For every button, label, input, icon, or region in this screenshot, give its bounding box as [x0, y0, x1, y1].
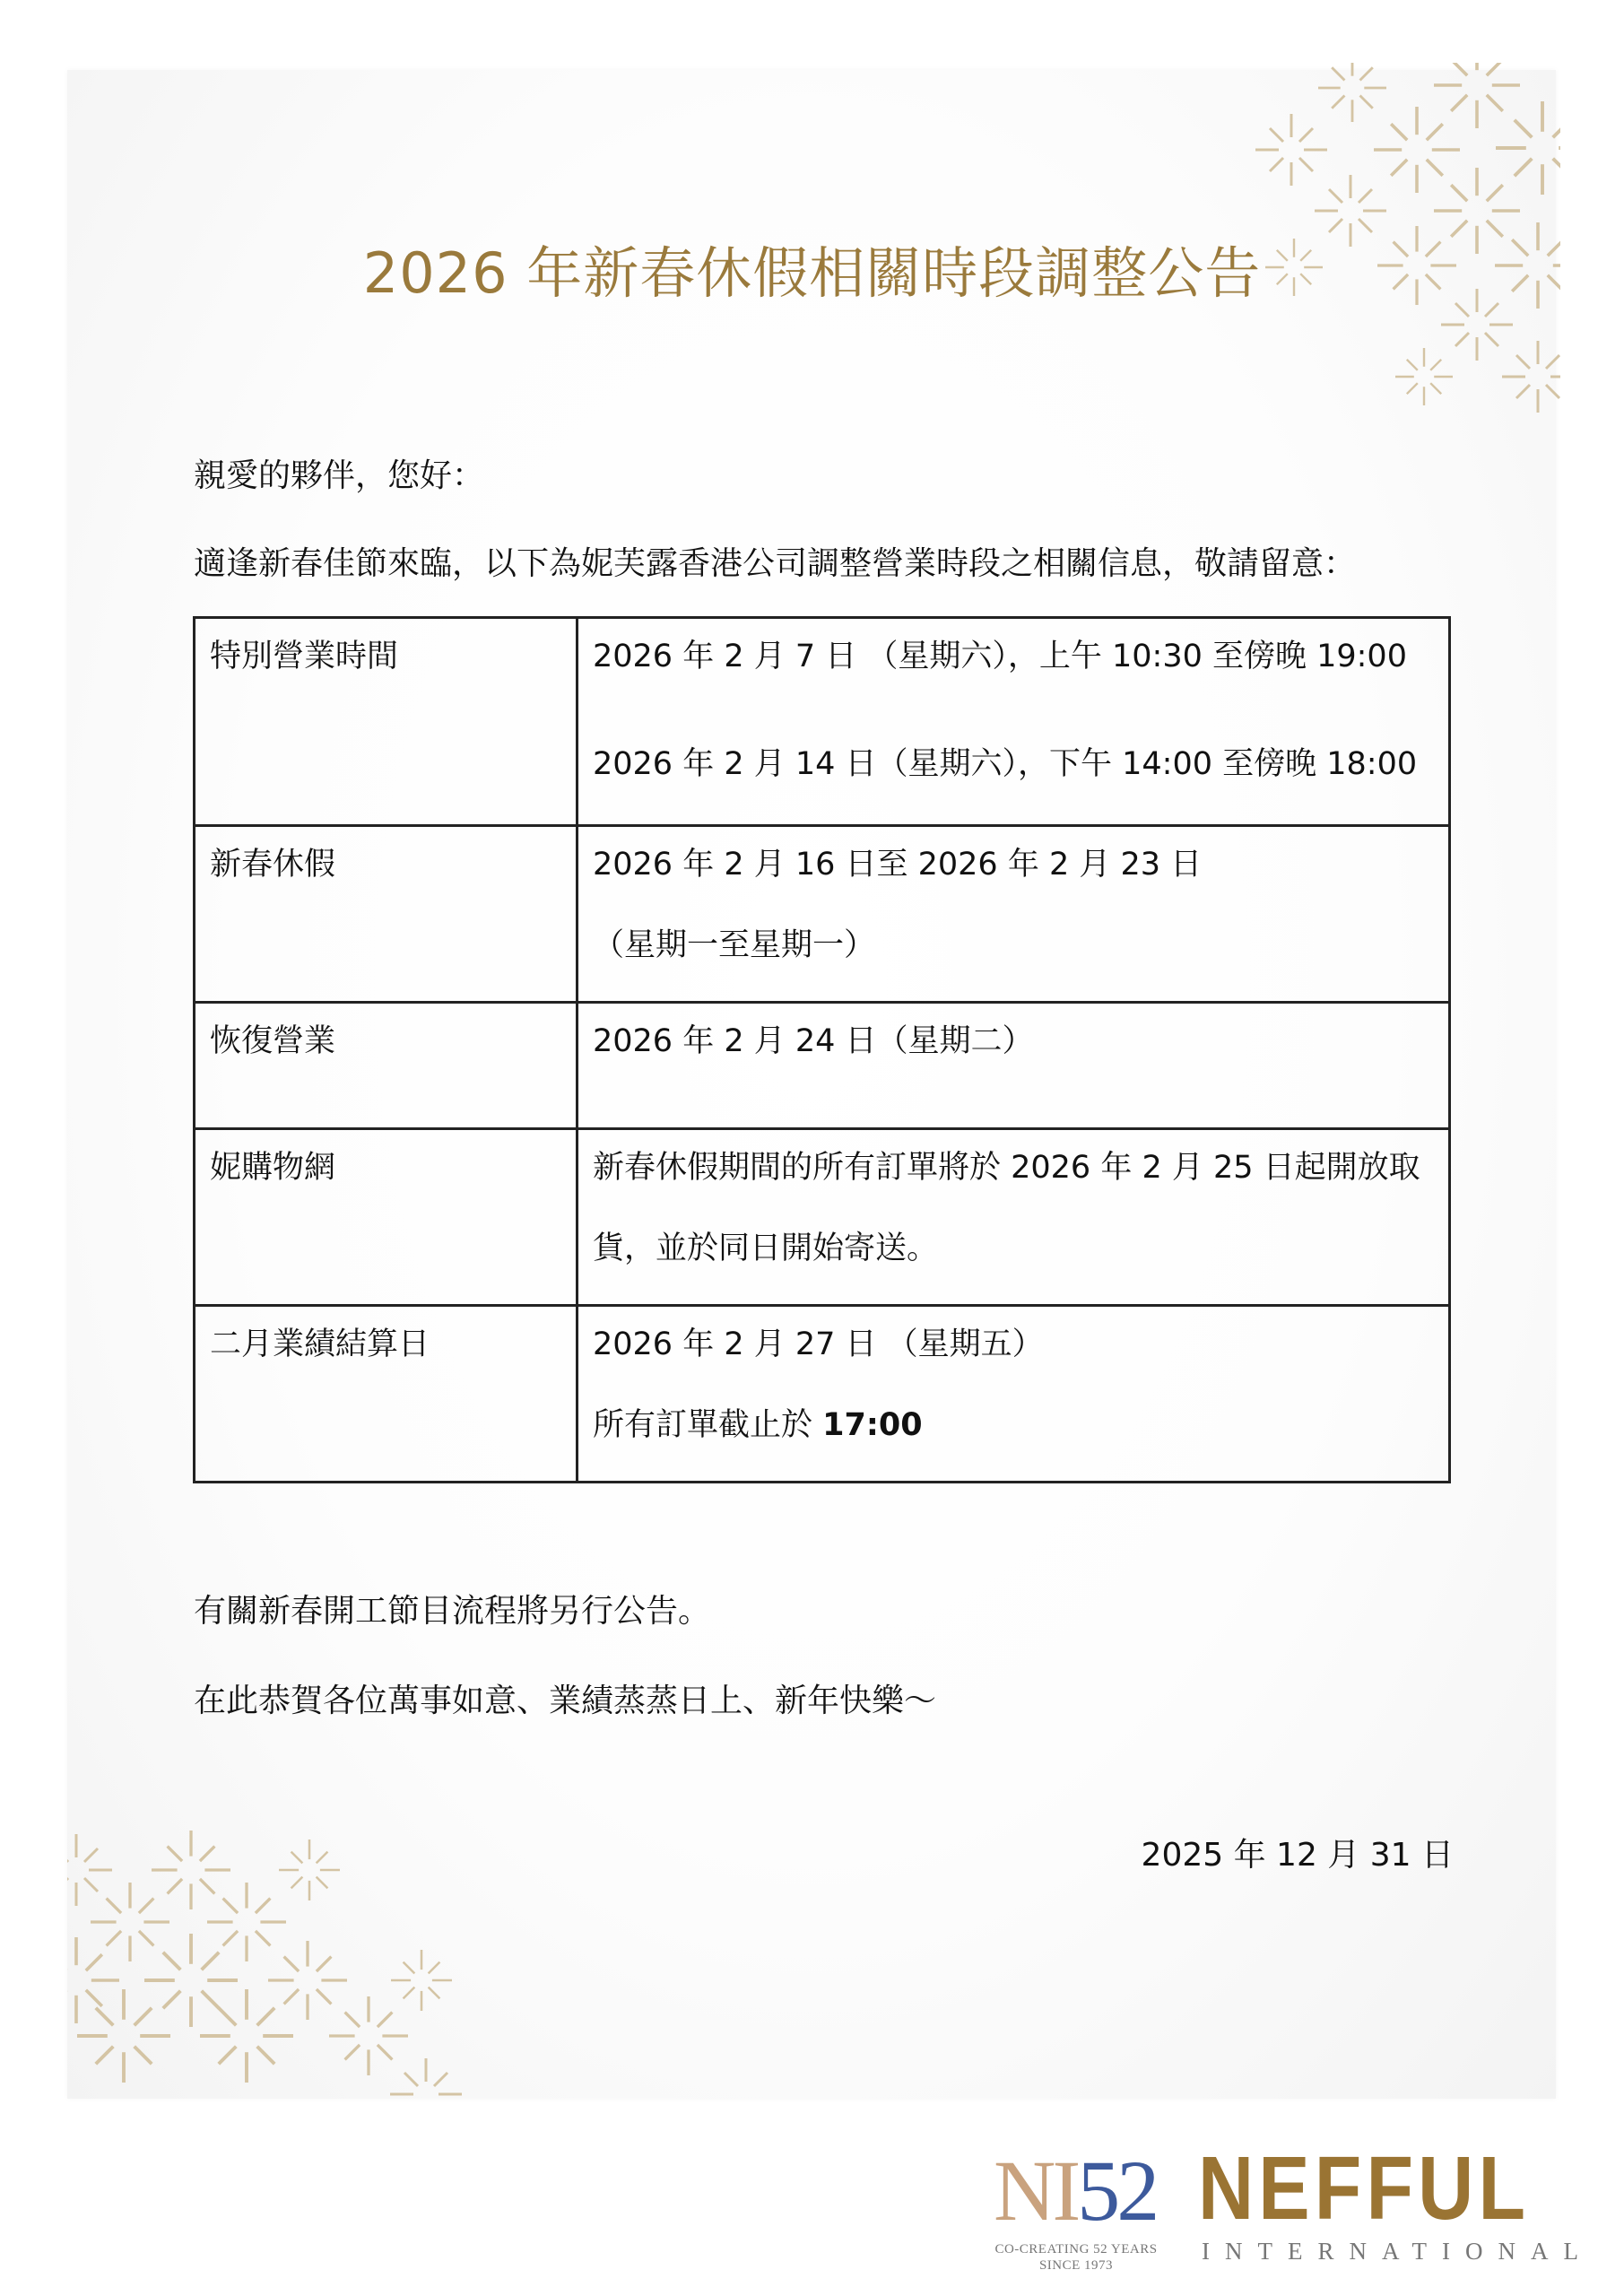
ni52-logo-number: 52: [1077, 2143, 1156, 2239]
value-line: 貨，並於同日開始寄送。: [593, 1223, 1434, 1268]
ni52-logo: NI52: [994, 2148, 1156, 2234]
value-line: 2026 年 2 月 24 日（星期二）: [593, 1016, 1434, 1061]
cutoff-line: 所有訂單截止於 17:00: [593, 1400, 1434, 1445]
row-label: 妮購物網: [195, 1129, 578, 1306]
row-label: 特別營業時間: [195, 618, 578, 826]
closing-note: 有關新春開工節目流程將另行公告。: [194, 1586, 710, 1631]
table-row: 恢復營業 2026 年 2 月 24 日（星期二）: [195, 1003, 1450, 1129]
row-value: 2026 年 2 月 7 日 （星期六），上午 10:30 至傍晚 19:00 …: [578, 618, 1450, 826]
table-row: 妮購物網 新春休假期間的所有訂單將於 2026 年 2 月 25 日起開放取 貨…: [195, 1129, 1450, 1306]
greeting: 親愛的夥伴，您好：: [194, 450, 484, 496]
row-value: 2026 年 2 月 16 日至 2026 年 2 月 23 日 （星期一至星期…: [578, 826, 1450, 1003]
table-row: 新春休假 2026 年 2 月 16 日至 2026 年 2 月 23 日 （星…: [195, 826, 1450, 1003]
sparkle-ornament-bottom-left: [67, 1821, 480, 2099]
ni52-tagline-1: CO-CREATING 52 YEARS: [986, 2242, 1166, 2257]
value-line: 2026 年 2 月 27 日 （星期五）: [593, 1319, 1434, 1364]
table-row: 二月業績結算日 2026 年 2 月 27 日 （星期五） 所有訂單截止於 17…: [195, 1306, 1450, 1483]
nefful-logo-subtitle: INTERNATIONAL: [1202, 2238, 1594, 2266]
row-label: 恢復營業: [195, 1003, 578, 1129]
nefful-logo: NEFFUL: [1198, 2144, 1530, 2233]
cutoff-time: 17:00: [822, 1407, 922, 1443]
value-line: 2026 年 2 月 7 日 （星期六），上午 10:30 至傍晚 19:00: [593, 631, 1434, 676]
row-value: 新春休假期間的所有訂單將於 2026 年 2 月 25 日起開放取 貨，並於同日…: [578, 1129, 1450, 1306]
ni52-logo-letters: NI: [994, 2143, 1077, 2239]
page-title: 2026 年新春休假相關時段調整公告: [0, 229, 1624, 309]
closing-greeting: 在此恭賀各位萬事如意、業績蒸蒸日上、新年快樂～: [194, 1675, 936, 1721]
value-line: 新春休假期間的所有訂單將於 2026 年 2 月 25 日起開放取: [593, 1143, 1434, 1187]
row-label: 二月業績結算日: [195, 1306, 578, 1483]
row-value: 2026 年 2 月 27 日 （星期五） 所有訂單截止於 17:00: [578, 1306, 1450, 1483]
intro-paragraph: 適逢新春佳節來臨，以下為妮芙露香港公司調整營業時段之相關信息，敬請留意：: [194, 538, 1356, 584]
ni52-tagline-2: SINCE 1973: [986, 2258, 1166, 2274]
value-line: 2026 年 2 月 16 日至 2026 年 2 月 23 日: [593, 839, 1434, 884]
value-line: （星期一至星期一）: [593, 920, 1434, 965]
table-row: 特別營業時間 2026 年 2 月 7 日 （星期六），上午 10:30 至傍晚…: [195, 618, 1450, 826]
cutoff-prefix: 所有訂單截止於: [593, 1407, 822, 1443]
row-label: 新春休假: [195, 826, 578, 1003]
schedule-table: 特別營業時間 2026 年 2 月 7 日 （星期六），上午 10:30 至傍晚…: [193, 616, 1451, 1483]
value-line: 2026 年 2 月 14 日（星期六），下午 14:00 至傍晚 18:00: [593, 739, 1434, 784]
document-date: 2025 年 12 月 31 日: [1142, 1830, 1454, 1875]
row-value: 2026 年 2 月 24 日（星期二）: [578, 1003, 1450, 1129]
